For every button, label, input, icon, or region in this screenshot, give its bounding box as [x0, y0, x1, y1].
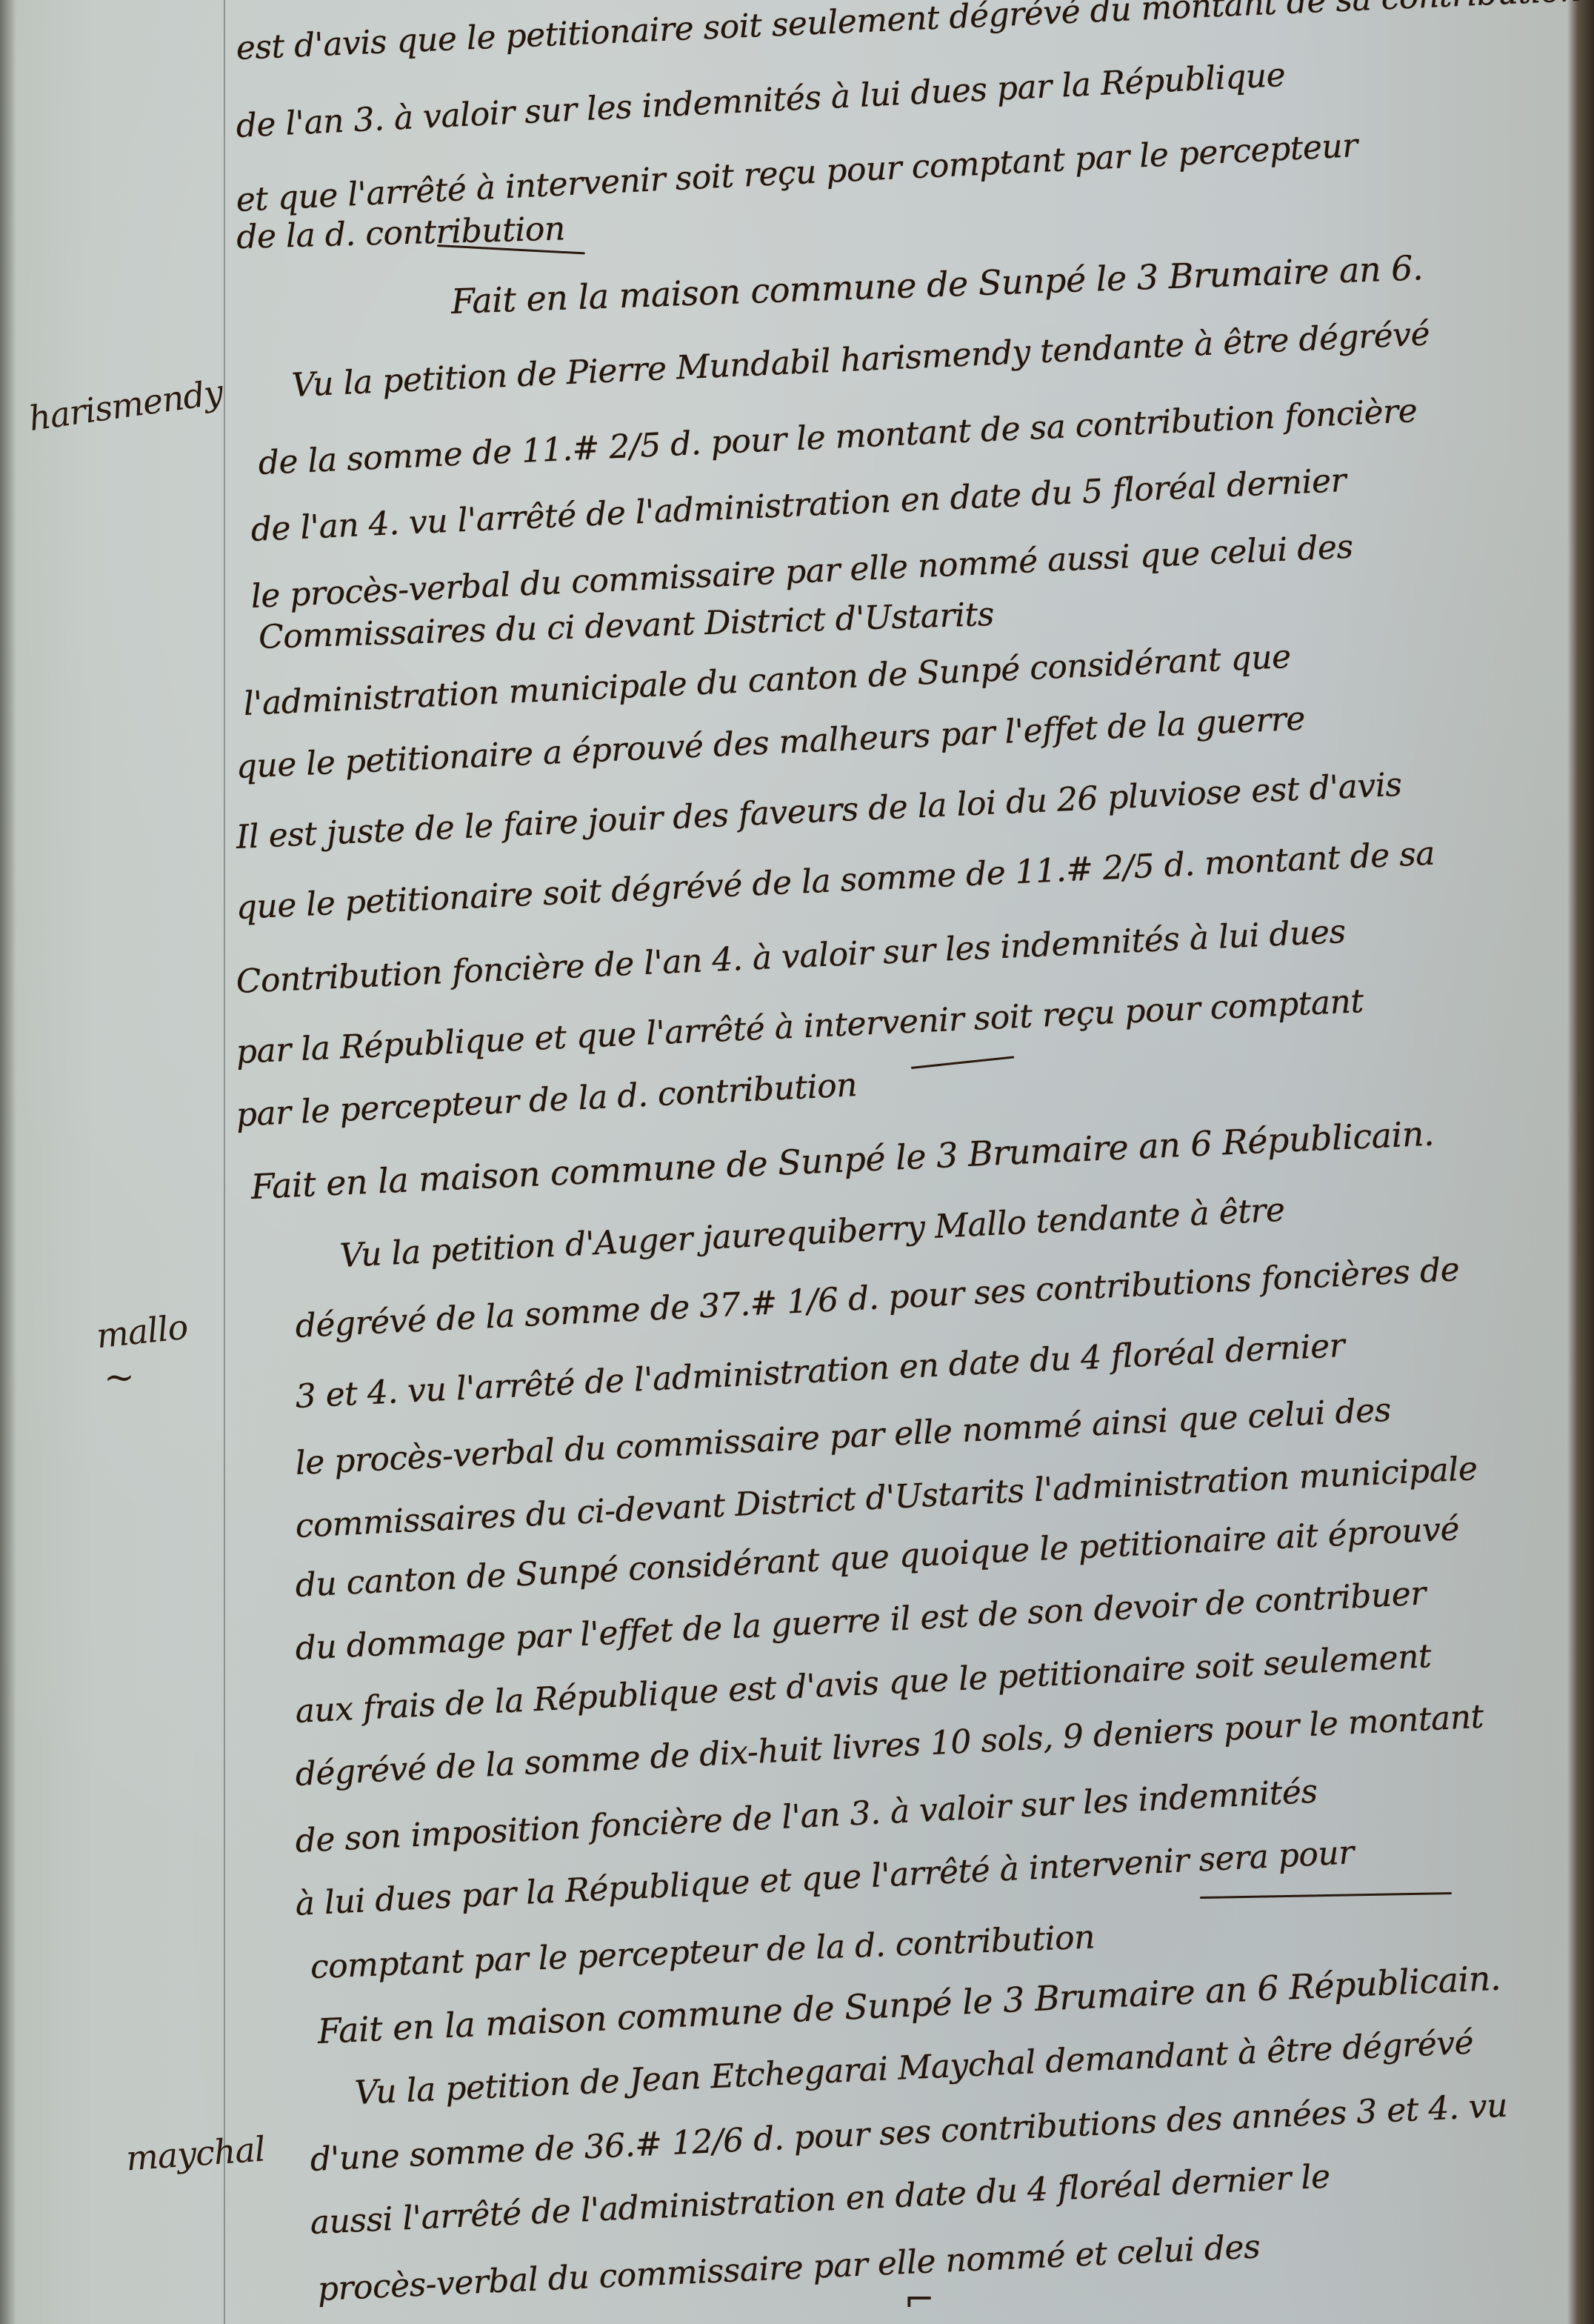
binding-shadow — [1567, 0, 1594, 2324]
text-line: par la République et que l'arrêté à inte… — [236, 982, 1364, 1071]
text-line: par le percepteur de la d. contribution — [236, 1066, 858, 1134]
margin-rule — [224, 0, 225, 2324]
page-left-edge — [0, 0, 16, 2324]
text-line: comptant par le percepteur de la d. cont… — [310, 1918, 1096, 1986]
text-line: et que l'arrêté à intervenir soit reçu p… — [236, 127, 1358, 219]
text-line: Vu la petition d'Auger jaurequiberry Mal… — [339, 1191, 1286, 1275]
margin-note-maychal: maychal — [124, 2129, 266, 2179]
line-flourish — [911, 1056, 1015, 1069]
manuscript-page: harismendy mallo ~ maychal est d'avis qu… — [0, 0, 1594, 2324]
text-line: de l'an 3. à valoir sur les indemnités à… — [236, 56, 1287, 145]
text-line: procès-verbal du commissaire par elle no… — [317, 2228, 1261, 2308]
line-flourish — [1200, 1892, 1452, 1899]
text-line: Il est juste de le faire jouir des faveu… — [236, 766, 1403, 856]
signature-line: Fait en la maison commune de Sunpé le 3 … — [450, 247, 1424, 322]
text-line: que le petitionaire soit dégrévé de la s… — [236, 835, 1435, 927]
margin-note-harismendy: harismendy — [27, 372, 225, 439]
text-line: est d'avis que le petitionaire soit seul… — [236, 0, 1581, 67]
text-line: Contribution foncière de l'an 4. à valoi… — [236, 913, 1347, 1001]
mallo-flourish-icon: ~ — [104, 1356, 135, 1399]
text-line: Vu la petition de Pierre Mundabil harism… — [291, 315, 1430, 404]
bottom-flourish-icon: ⌐ — [904, 2278, 935, 2321]
margin-note-mallo: mallo — [95, 1307, 190, 1356]
